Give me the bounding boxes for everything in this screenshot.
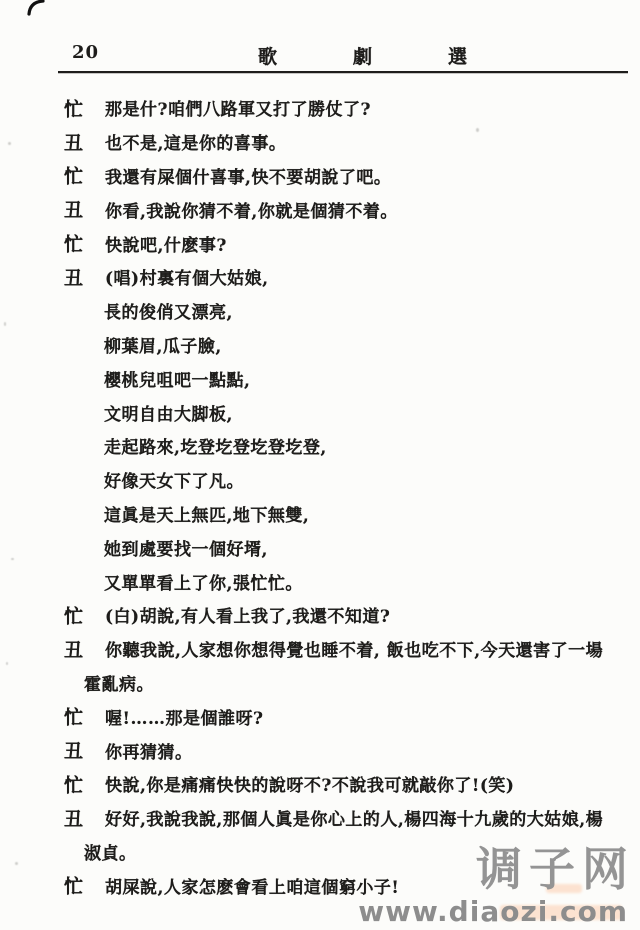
site-watermark: 调子网 www.diaozi.com — [358, 846, 628, 926]
line-text: 我還有屎個什喜事,快不要胡說了吧。 — [105, 163, 391, 188]
line-text: 霍亂病。 — [84, 670, 154, 695]
line-text: (白)胡說,有人看上我了,我還不知道? — [105, 602, 390, 627]
watermark-site-url: www.diaozi.com — [358, 898, 628, 926]
speaker-label: 丑 — [64, 263, 83, 290]
speaker-label: 丑 — [64, 196, 83, 223]
line-text: 長的俊俏又漂亮, — [104, 298, 233, 323]
page-header-title: 歌劇選 — [258, 42, 543, 69]
line-text: 又單單看上了你,張忙忙。 — [104, 569, 303, 594]
line-text: 文明自由大脚板, — [104, 400, 233, 425]
script-line: 這眞是天上無匹,地下無雙, — [0, 497, 640, 531]
corner-ink-mark-icon — [26, 0, 48, 18]
speaker-label: 忙 — [64, 230, 83, 257]
script-line: 丑 你看,我說你猜不着,你就是個猜不着。 — [0, 192, 640, 226]
speaker-label: 丑 — [64, 128, 83, 155]
line-text: 好好,我說我說,那個人眞是你心上的人,楊四海十九歲的大姑娘,楊 — [105, 805, 603, 830]
script-line: 忙 我還有屎個什喜事,快不要胡說了吧。 — [0, 159, 640, 193]
line-text: 快說吧,什麽事? — [105, 231, 227, 256]
line-text: (唱)村裏有個大姑娘, — [105, 264, 269, 289]
line-text: 你看,我說你猜不着,你就是個猜不着。 — [105, 197, 398, 222]
speaker-label: 忙 — [64, 162, 83, 189]
script-line: 長的俊俏又漂亮, — [0, 294, 640, 328]
speaker-label: 忙 — [64, 94, 83, 121]
line-text: 櫻桃兒咀吧一點點, — [104, 366, 250, 391]
script-line: 忙 那是什?咱們八路軍又打了勝仗了? — [0, 91, 640, 125]
script-line: 丑 好好,我說我說,那個人眞是你心上的人,楊四海十九歲的大姑娘,楊 — [0, 801, 640, 835]
speaker-label: 丑 — [64, 635, 83, 662]
line-text: 好像天女下了凡。 — [104, 467, 244, 492]
line-text: 快說,你是痛痛快快的說呀不?不說我可就敲你了!(笑) — [105, 771, 514, 796]
watermark-site-name: 调子网 — [358, 846, 635, 892]
script-line: 忙 快說吧,什麽事? — [0, 226, 640, 260]
line-text: 這眞是天上無匹,地下無雙, — [104, 501, 309, 526]
script-line: 丑 (唱)村裏有個大姑娘, — [0, 260, 640, 294]
speaker-label: 忙 — [64, 601, 83, 628]
script-line: 霍亂病。 — [0, 666, 640, 700]
page-number: 20 — [72, 42, 99, 63]
line-text: 她到處要找一個好壻, — [104, 535, 268, 560]
script-line: 柳葉眉,瓜子臉, — [0, 328, 640, 362]
script-line: 又單單看上了你,張忙忙。 — [0, 564, 640, 598]
script-line: 她到處要找一個好壻, — [0, 530, 640, 564]
line-text: 走起路來,圪登圪登圪登圪登, — [104, 433, 327, 458]
script-line: 櫻桃兒咀吧一點點, — [0, 361, 640, 395]
speaker-label: 丑 — [64, 804, 83, 831]
script-line: 文明自由大脚板, — [0, 395, 640, 429]
line-text: 那是什?咱們八路軍又打了勝仗了? — [105, 95, 371, 120]
line-text: 也不是,這是你的喜事。 — [105, 129, 286, 154]
script-line: 好像天女下了凡。 — [0, 463, 640, 497]
header-rule — [58, 71, 628, 73]
line-text: 你再猜猜。 — [105, 738, 193, 763]
script-line: 丑 你聽我說,人家想你想得覺也睡不着, 飯也吃不下,今天還害了一場 — [0, 632, 640, 666]
script-lines: 忙 那是什?咱們八路軍又打了勝仗了? 丑 也不是,這是你的喜事。 忙 我還有屎個… — [0, 91, 640, 902]
line-text: 淑貞。 — [84, 839, 137, 864]
script-line: 忙 (白)胡說,有人看上我了,我還不知道? — [0, 598, 640, 632]
script-line: 丑 也不是,這是你的喜事。 — [0, 125, 640, 159]
line-text: 胡屎說,人家怎麽會看上咱這個窮小子! — [105, 873, 399, 898]
script-line: 忙 喔!……那是個誰呀? — [0, 699, 640, 733]
line-text: 你聽我說,人家想你想得覺也睡不着, 飯也吃不下,今天還害了一場 — [105, 636, 603, 661]
script-line: 走起路來,圪登圪登圪登圪登, — [0, 429, 640, 463]
line-text: 喔!……那是個誰呀? — [105, 704, 263, 729]
scanned-book-page: 20 歌劇選 忙 那是什?咱們八路軍又打了勝仗了? 丑 也不是,這是你的喜事。 … — [0, 0, 640, 930]
speaker-label: 丑 — [64, 737, 83, 764]
line-text: 柳葉眉,瓜子臉, — [104, 332, 222, 357]
script-line: 丑 你再猜猜。 — [0, 733, 640, 767]
script-line: 忙 快說,你是痛痛快快的說呀不?不說我可就敲你了!(笑) — [0, 767, 640, 801]
speaker-label: 忙 — [64, 872, 83, 899]
speaker-label: 忙 — [64, 703, 83, 730]
speaker-label: 忙 — [64, 770, 83, 797]
